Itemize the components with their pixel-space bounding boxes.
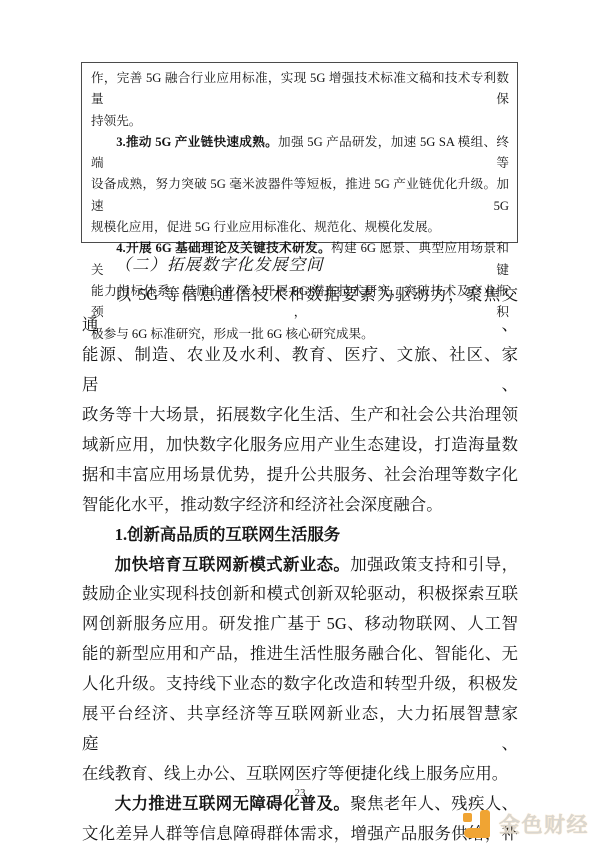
body-line: 展平台经济、共享经济等互联网新业态，大力拓展智慧家庭、 xyxy=(82,699,518,759)
excerpt-box-line: 规模化应用，促进 5G 行业应用标准化、规范化、规模化发展。 xyxy=(91,217,509,238)
text-segment: 在线教育、线上办公、互联网医疗等便捷化线上服务应用。 xyxy=(82,764,508,783)
body-line: （二）拓展数字化发展空间 xyxy=(82,250,518,280)
text-segment: 据和丰富应用场景优势，提升公共服务、社会治理等数字化 xyxy=(82,465,518,484)
bold-text-segment: 加快培育互联网新模式新业态。 xyxy=(115,555,350,574)
text-segment: 能的新型应用和产品，推进生活性服务融合化、智能化、无 xyxy=(82,644,518,663)
excerpt-box-line: 持领先。 xyxy=(91,111,509,132)
logo-foot-shape xyxy=(464,828,490,838)
text-segment: 能源、制造、农业及水利、教育、医疗、文旅、社区、家居、 xyxy=(82,345,518,394)
body-line: 文化差异人群等信息障碍群体需求，增强产品服务供给，补 xyxy=(82,819,518,848)
text-segment: 网创新服务应用。研发推广基于 5G、移动物联网、人工智 xyxy=(82,614,518,633)
body-line: 人化升级。支持线下业态的数字化改造和转型升级，积极发 xyxy=(82,669,518,699)
watermark: 金色财经 xyxy=(463,809,589,839)
text-segment: 文化差异人群等信息障碍群体需求，增强产品服务供给，补 xyxy=(82,824,518,843)
text-segment: 以 5G 等信息通信技术和数据要素为驱动力，聚焦交通、 xyxy=(82,285,518,334)
body-line: 智能化水平，推动数字经济和经济社会深度融合。 xyxy=(82,490,518,520)
body-text: （二）拓展数字化发展空间以 5G 等信息通信技术和数据要素为驱动力，聚焦交通、能… xyxy=(82,250,518,848)
excerpt-box-line: 3.推动 5G 产业链快速成熟。加强 5G 产品研发，加速 5G SA 模组、终… xyxy=(91,132,509,175)
body-line: 加快培育互联网新模式新业态。加强政策支持和引导， xyxy=(82,550,518,580)
body-line: 1.创新高品质的互联网生活服务 xyxy=(82,520,518,550)
excerpt-box-line: 设备成熟，努力突破 5G 毫米波器件等短板，推进 5G 产业链优化升级。加速 5… xyxy=(91,174,509,217)
watermark-brand-text: 金色财经 xyxy=(499,809,589,839)
document-page: 作，完善 5G 融合行业应用标准，实现 5G 增强技术标准文稿和技术专利数量保持… xyxy=(0,0,600,848)
page-number: 23 xyxy=(0,787,600,799)
text-segment: 智能化水平，推动数字经济和经济社会深度融合。 xyxy=(82,495,443,514)
text-segment: 人化升级。支持线下业态的数字化改造和转型升级，积极发 xyxy=(82,674,518,693)
bold-text-segment: 1.创新高品质的互联网生活服务 xyxy=(115,525,340,544)
body-line: 以 5G 等信息通信技术和数据要素为驱动力，聚焦交通、 xyxy=(82,280,518,340)
text-segment: 作，完善 5G 融合行业应用标准，实现 5G 增强技术标准文稿和技术专利数量保 xyxy=(91,71,509,106)
bold-text-segment: 3.推动 5G 产业链快速成熟。 xyxy=(116,135,278,149)
text-segment: 加强政策支持和引导， xyxy=(350,555,518,574)
body-line: 域新应用，加快数字化服务应用产业生态建设，打造海量数 xyxy=(82,430,518,460)
body-line: 鼓励企业实现科技创新和模式创新双轮驱动，积极探索互联 xyxy=(82,579,518,609)
body-line: 能的新型应用和产品，推进生活性服务融合化、智能化、无 xyxy=(82,639,518,669)
text-segment: 鼓励企业实现科技创新和模式创新双轮驱动，积极探索互联 xyxy=(82,584,518,603)
body-line: 政务等十大场景，拓展数字化生活、生产和社会公共治理领 xyxy=(82,400,518,430)
logo-dot-shape xyxy=(463,813,472,822)
jinse-finance-logo-icon xyxy=(463,810,492,838)
excerpt-box-line: 作，完善 5G 融合行业应用标准，实现 5G 增强技术标准文稿和技术专利数量保 xyxy=(91,68,509,111)
body-line: 在线教育、线上办公、互联网医疗等便捷化线上服务应用。 xyxy=(82,759,518,789)
body-line: 网创新服务应用。研发推广基于 5G、移动物联网、人工智 xyxy=(82,609,518,639)
text-segment: 展平台经济、共享经济等互联网新业态，大力拓展智慧家庭、 xyxy=(82,704,518,753)
text-segment: 域新应用，加快数字化服务应用产业生态建设，打造海量数 xyxy=(82,435,518,454)
text-segment: （二）拓展数字化发展空间 xyxy=(115,255,324,274)
text-segment: 持领先。 xyxy=(91,114,141,128)
body-line: 据和丰富应用场景优势，提升公共服务、社会治理等数字化 xyxy=(82,460,518,490)
excerpt-box: 作，完善 5G 融合行业应用标准，实现 5G 增强技术标准文稿和技术专利数量保持… xyxy=(81,62,518,243)
body-line: 能源、制造、农业及水利、教育、医疗、文旅、社区、家居、 xyxy=(82,340,518,400)
text-segment: 设备成熟，努力突破 5G 毫米波器件等短板，推进 5G 产业链优化升级。加速 5… xyxy=(91,177,509,212)
text-segment: 政务等十大场景，拓展数字化生活、生产和社会公共治理领 xyxy=(82,405,518,424)
text-segment: 规模化应用，促进 5G 行业应用标准化、规范化、规模化发展。 xyxy=(91,220,440,234)
